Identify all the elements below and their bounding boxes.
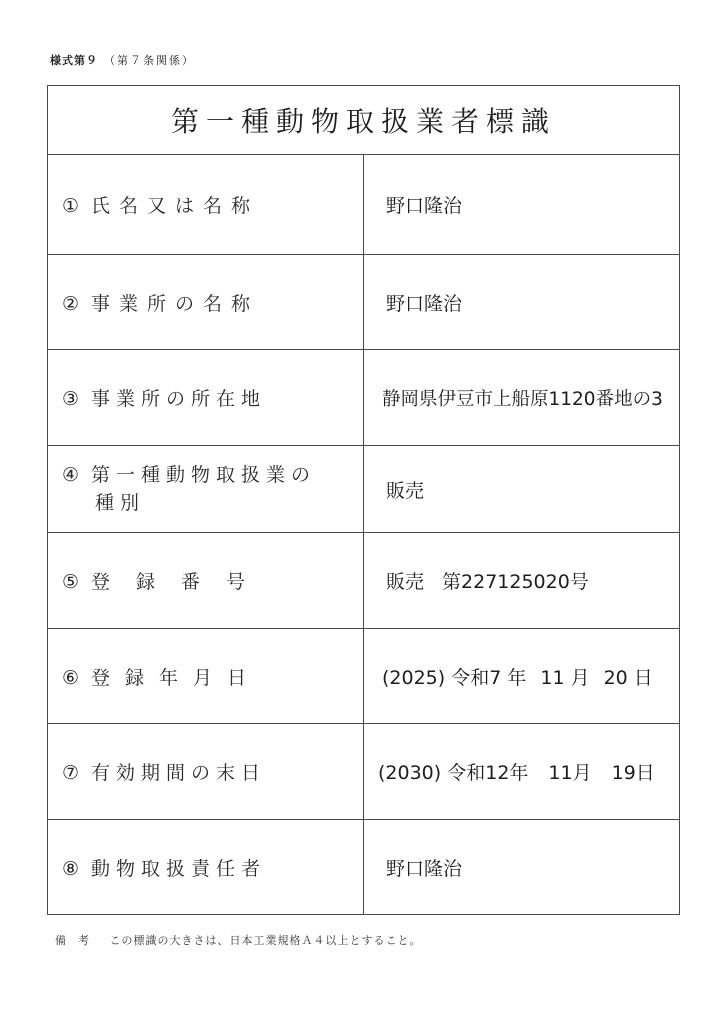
- value-animal-handling-manager: 野口隆治: [364, 820, 680, 915]
- value-office-address: 静岡県伊豆市上船原1120番地の3: [364, 350, 680, 446]
- item-label: 事業所の名称: [91, 293, 259, 315]
- table-row: ⑤登録番号 販売第227125020号: [48, 533, 680, 629]
- label-name: ①氏名又は名称: [48, 155, 364, 255]
- era-year: 令和12年: [447, 762, 528, 784]
- value-office-name: 野口隆治: [364, 255, 680, 350]
- label-registration-date: ⑥登録年月日: [48, 629, 364, 724]
- label-animal-handling-manager: ⑧動物取扱責任者: [48, 820, 364, 915]
- table-row: ③事業所の所在地 静岡県伊豆市上船原1120番地の3: [48, 350, 680, 446]
- label-expiry-date: ⑦有効期間の末日: [48, 724, 364, 820]
- label-office-name: ②事業所の名称: [48, 255, 364, 350]
- animal-business-sign-table: 第一種動物取扱業者標識 ①氏名又は名称 野口隆治 ②事業所の名称 野口隆治 ③事…: [47, 85, 680, 915]
- item-number: ④: [62, 464, 79, 486]
- item-label: 登録番号: [91, 571, 271, 593]
- western-year: (2025): [382, 667, 445, 689]
- month: 11月: [548, 762, 591, 784]
- label-office-address: ③事業所の所在地: [48, 350, 364, 446]
- table-row: ①氏名又は名称 野口隆治: [48, 155, 680, 255]
- remarks-text: この標識の大きさは、日本工業規格Ａ４以上とすること。: [110, 934, 422, 947]
- label-business-type: ④第一種動物取扱業の種別: [48, 446, 364, 533]
- item-label: 事業所の所在地: [91, 388, 266, 410]
- value-business-type: 販売: [364, 446, 680, 533]
- remarks-heading: 備考: [55, 934, 101, 947]
- item-label-line1: 第一種動物取扱業の: [91, 464, 316, 486]
- item-label-line2: 種別: [62, 489, 363, 517]
- item-label: 有効期間の末日: [91, 762, 266, 784]
- item-label: 動物取扱責任者: [91, 858, 266, 880]
- value-expiry-date: (2030) 令和12年11月19日: [364, 724, 680, 820]
- item-number: ②: [62, 293, 79, 315]
- item-number: ⑧: [62, 858, 79, 880]
- title-row: 第一種動物取扱業者標識: [48, 86, 680, 155]
- form-code: 様式第９（第７条関係）: [50, 52, 195, 68]
- sign-title: 第一種動物取扱業者標識: [48, 86, 680, 155]
- value-registration-number: 販売第227125020号: [364, 533, 680, 629]
- registration-type: 販売: [386, 571, 424, 593]
- label-registration-number: ⑤登録番号: [48, 533, 364, 629]
- item-number: ⑥: [62, 667, 79, 689]
- item-number: ③: [62, 388, 79, 410]
- table-row: ②事業所の名称 野口隆治: [48, 255, 680, 350]
- value-name: 野口隆治: [364, 155, 680, 255]
- item-number: ⑤: [62, 571, 79, 593]
- era-year: 令和7 年: [451, 667, 526, 689]
- table-row: ⑦有効期間の末日 (2030) 令和12年11月19日: [48, 724, 680, 820]
- value-registration-date: (2025) 令和7 年11 月20 日: [364, 629, 680, 724]
- form-article-reference: （第７条関係）: [104, 54, 195, 67]
- item-label: 氏名又は名称: [91, 195, 259, 217]
- item-number: ①: [62, 195, 79, 217]
- day: 20 日: [604, 667, 653, 689]
- month: 11 月: [540, 667, 589, 689]
- table-row: ⑧動物取扱責任者 野口隆治: [48, 820, 680, 915]
- western-year: (2030): [378, 762, 441, 784]
- item-number: ⑦: [62, 762, 79, 784]
- day: 19日: [612, 762, 655, 784]
- remarks-note: 備考 この標識の大きさは、日本工業規格Ａ４以上とすること。: [55, 932, 422, 948]
- table-row: ④第一種動物取扱業の種別 販売: [48, 446, 680, 533]
- registration-number: 第227125020号: [442, 571, 589, 593]
- table-row: ⑥登録年月日 (2025) 令和7 年11 月20 日: [48, 629, 680, 724]
- form-number: 様式第９: [50, 54, 98, 67]
- item-label: 登録年月日: [91, 667, 261, 689]
